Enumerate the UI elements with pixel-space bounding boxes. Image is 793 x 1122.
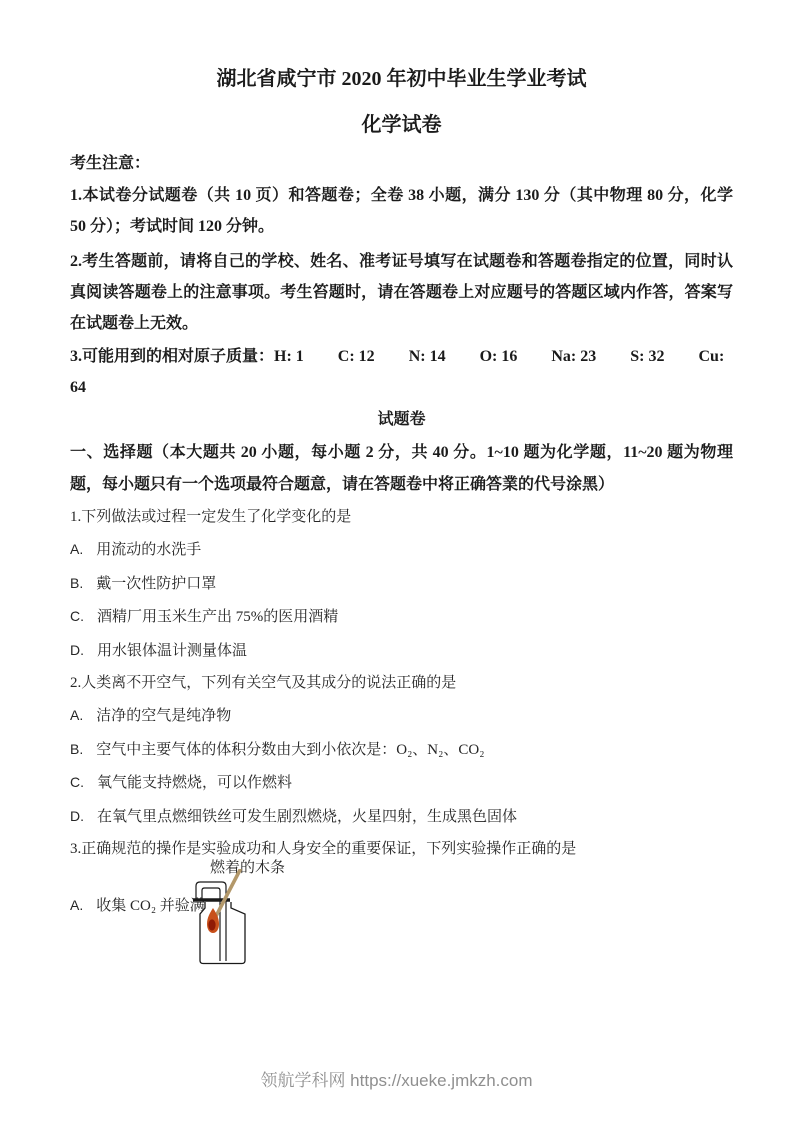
exam-title: 湖北省咸宁市 2020 年初中毕业生学业考试 <box>70 66 733 92</box>
exam-scan-page: { "header": { "title": "湖北省咸宁市 2020 年初中毕… <box>0 0 793 1122</box>
gas-bottle <box>200 902 245 964</box>
atomic-mass-na: Na: 23 <box>551 348 596 365</box>
paper-section-title: 试题卷 <box>70 405 733 435</box>
document-page: 湖北省咸宁市 2020 年初中毕业生学业考试 化学试卷 考生注意： 1.本试卷分… <box>0 0 793 1122</box>
option-text: 戴一次性防护口罩 <box>96 576 216 592</box>
notice-item-3-wrap: 64 <box>70 372 733 403</box>
option-letter: D. <box>70 808 84 824</box>
atomic-mass-prefix: 3.可能用到的相对原子质量： <box>70 348 274 365</box>
option-text: 氧气能支持燃烧，可以作燃料 <box>97 775 292 791</box>
flame-core-icon <box>208 920 215 931</box>
question-3-figure: 燃着的木条 A.收集 CO₂ 并验满 <box>70 856 733 974</box>
notice-item-3: 3.可能用到的相对原子质量：H: 1C: 12N: 14O: 16Na: 23S… <box>70 341 733 372</box>
question-1-option-c: C.酒精厂用玉米生产出 75%的医用酒精 <box>70 600 733 633</box>
option-text: 空气中主要气体的体积分数由大到小依次是：O₂、N₂、CO₂ <box>96 742 484 758</box>
option-letter: C. <box>70 774 84 790</box>
wooden-splint-icon <box>214 870 240 920</box>
question-3-option-a: A.收集 CO₂ 并验满 <box>70 894 205 915</box>
notice-item-2: 2.考生答题前，请将自己的学校、姓名、准考证号填写在试题卷和答题卷指定的位置，同… <box>70 246 733 339</box>
atomic-mass-h: H: 1 <box>274 348 304 365</box>
question-2-option-b: B.空气中主要气体的体积分数由大到小依次是：O₂、N₂、CO₂ <box>70 733 733 766</box>
option-letter: A. <box>70 707 83 723</box>
question-2-text: 2.人类离不开空气，下列有关空气及其成分的说法正确的是 <box>70 667 733 699</box>
question-2-option-c: C.氧气能支持燃烧，可以作燃料 <box>70 766 733 799</box>
option-text: 收集 CO₂ 并验满 <box>96 898 205 914</box>
option-letter: B. <box>70 741 83 757</box>
option-letter: A. <box>70 897 83 913</box>
exam-subject-title: 化学试卷 <box>70 112 733 138</box>
atomic-mass-n: N: 14 <box>409 348 446 365</box>
option-text: 酒精厂用玉米生产出 75%的医用酒精 <box>97 609 338 625</box>
option-letter: A. <box>70 541 83 557</box>
gas-collection-apparatus <box>193 869 263 971</box>
question-2-option-d: D.在氧气里点燃细铁丝可发生剧烈燃烧，火星四射，生成黑色固体 <box>70 800 733 833</box>
atomic-mass-o: O: 16 <box>480 348 518 365</box>
atomic-mass-s: S: 32 <box>630 348 664 365</box>
atomic-mass-cu: Cu: <box>698 348 724 365</box>
document-content: 湖北省咸宁市 2020 年初中毕业生学业考试 化学试卷 考生注意： 1.本试卷分… <box>70 0 733 974</box>
option-letter: D. <box>70 642 84 658</box>
choice-section-heading: 一、选择题（本大题共 20 小题，每小题 2 分，共 40 分。1~10 题为化… <box>70 437 733 501</box>
option-text: 洁净的空气是纯净物 <box>96 708 231 724</box>
atomic-mass-c: C: 12 <box>338 348 375 365</box>
option-text: 在氧气里点燃细铁丝可发生剧烈燃烧，火星四射，生成黑色固体 <box>97 809 517 825</box>
site-watermark: 领航学科网 https://xueke.jmkzh.com <box>0 1070 793 1092</box>
question-2-option-a: A.洁净的空气是纯净物 <box>70 699 733 732</box>
option-letter: B. <box>70 575 83 591</box>
notice-item-1: 1.本试卷分试题卷（共 10 页）和答题卷；全卷 38 小题，满分 130 分（… <box>70 180 733 242</box>
question-1-option-d: D.用水银体温计测量体温 <box>70 634 733 667</box>
option-text: 用水银体温计测量体温 <box>97 643 247 659</box>
question-1-text: 1.下列做法或过程一定发生了化学变化的是 <box>70 501 733 533</box>
option-text: 用流动的水洗手 <box>96 542 201 558</box>
question-1-option-b: B.戴一次性防护口罩 <box>70 567 733 600</box>
question-1-option-a: A.用流动的水洗手 <box>70 533 733 566</box>
option-letter: C. <box>70 608 84 624</box>
notice-heading: 考生注意： <box>70 152 733 176</box>
